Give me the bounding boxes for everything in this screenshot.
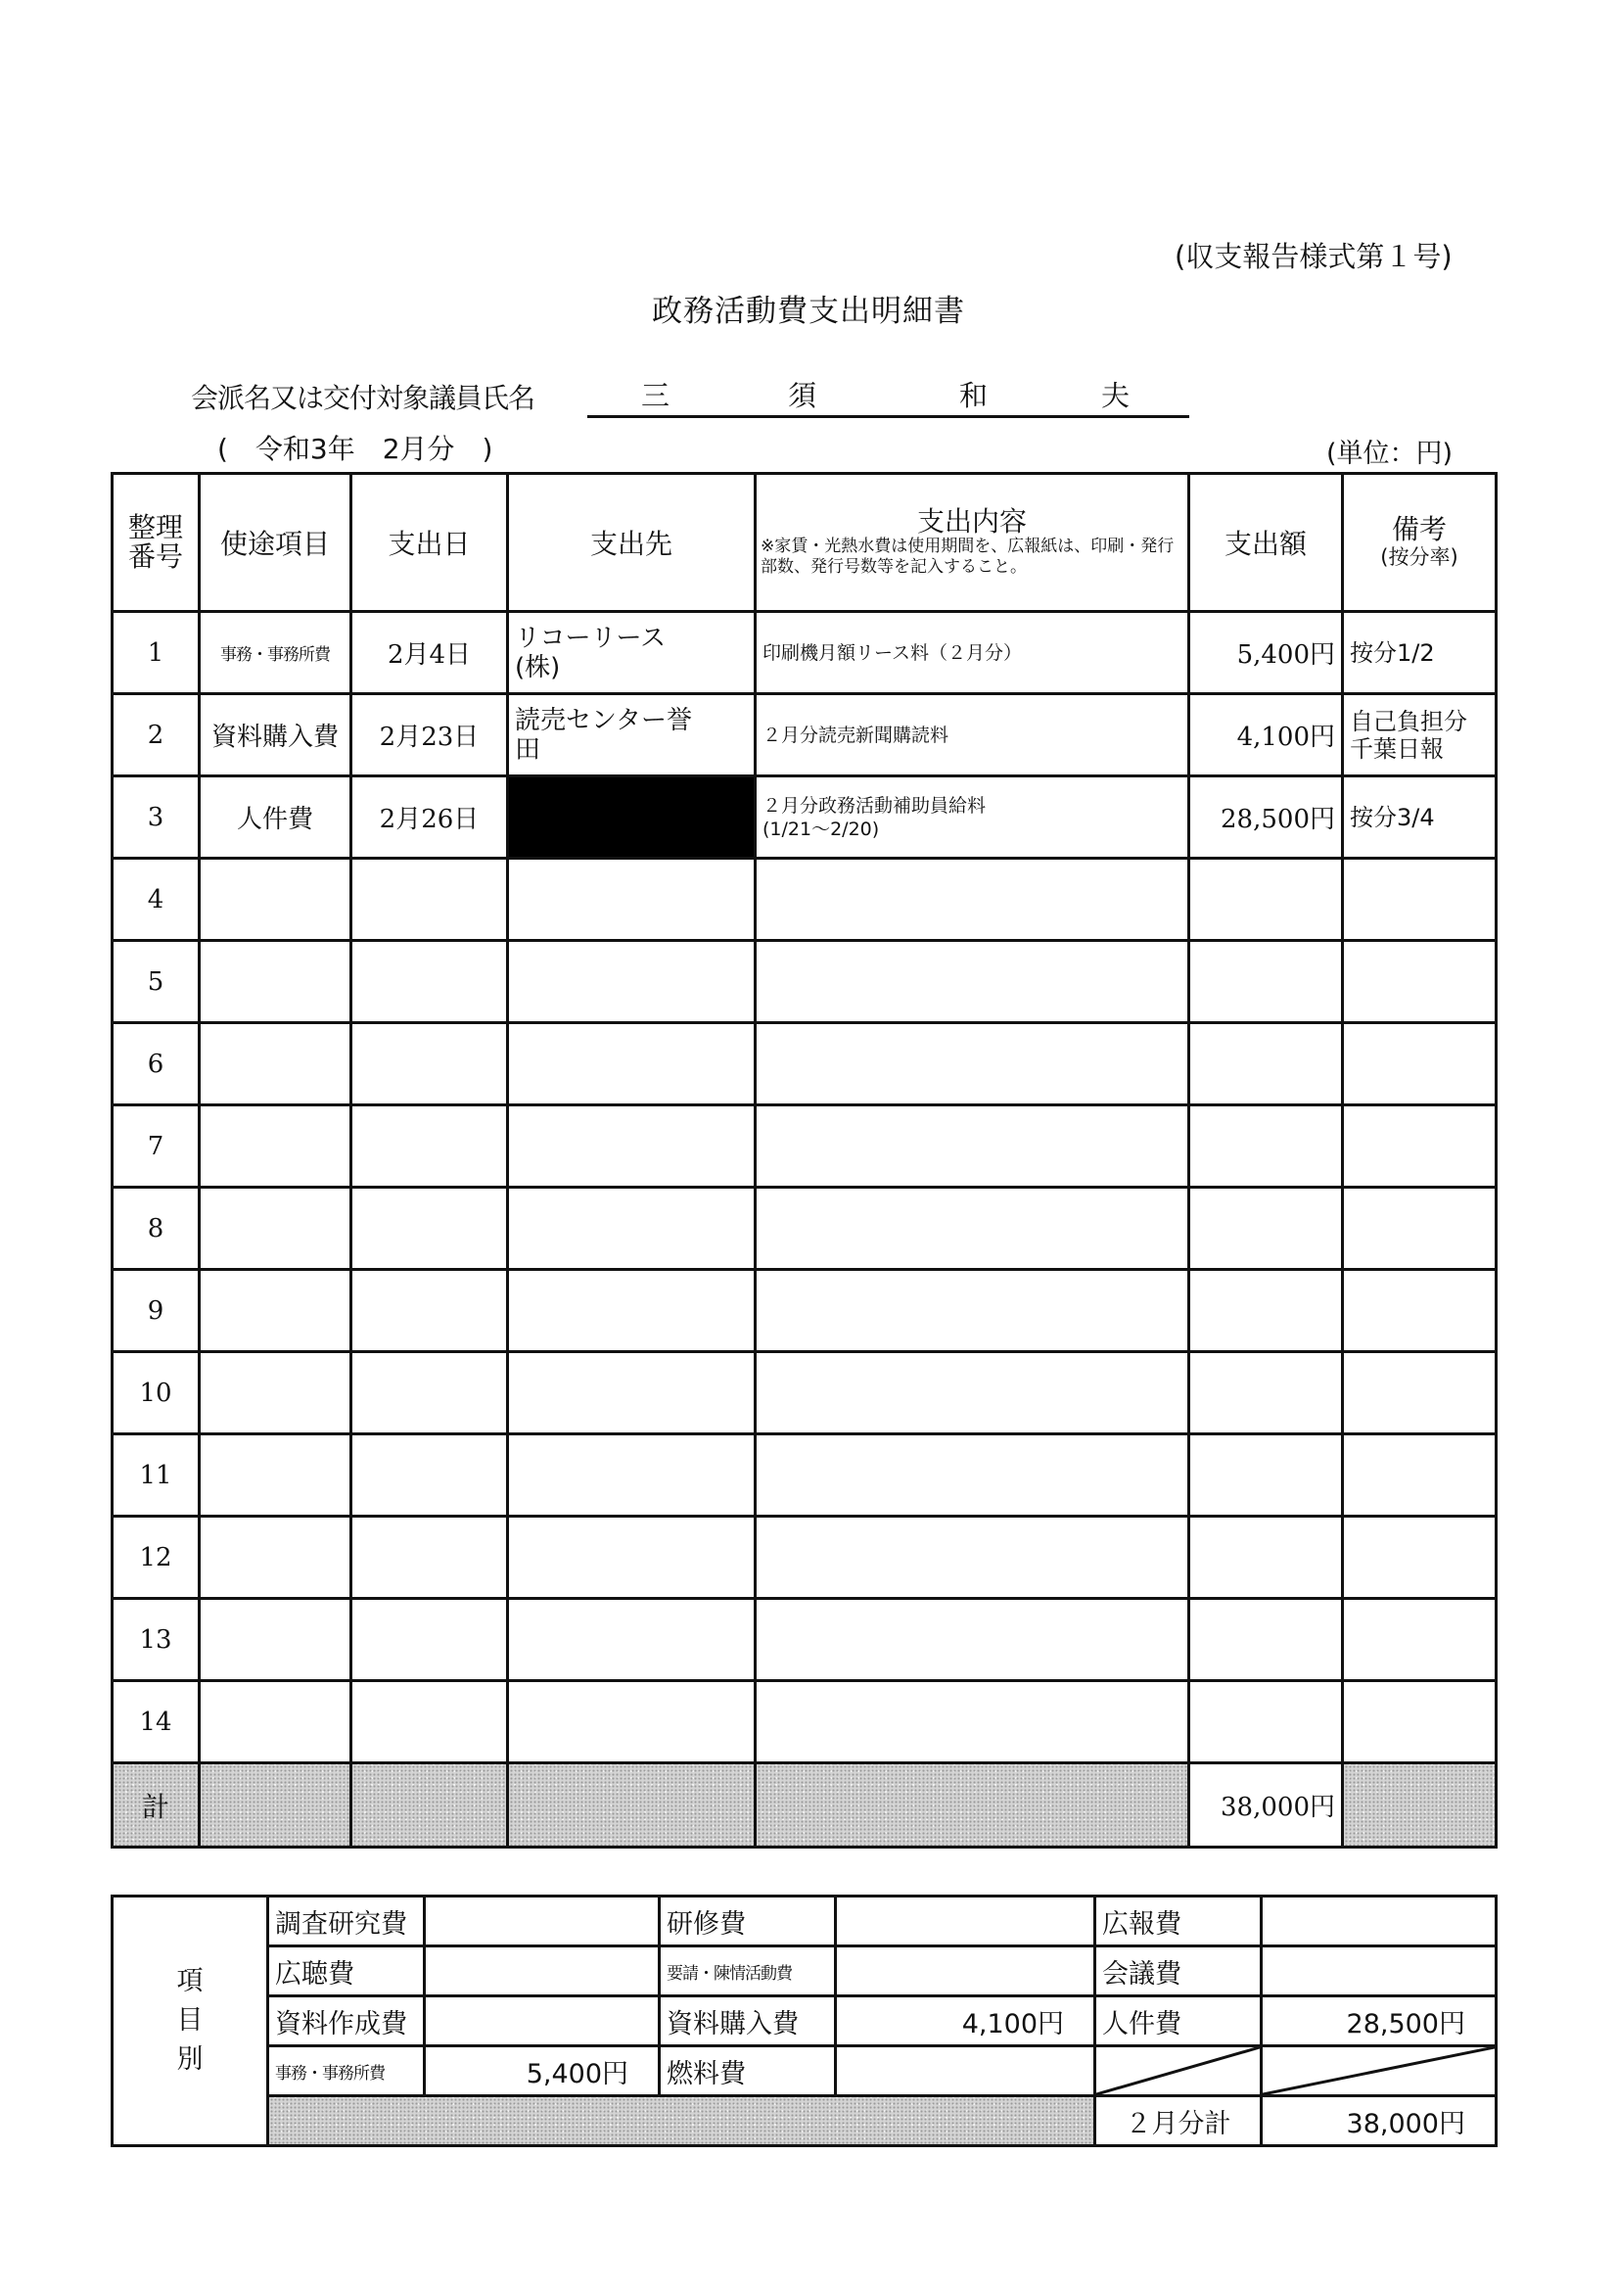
- row-content: [756, 1188, 1189, 1270]
- row-number: 13: [113, 1599, 200, 1681]
- row-date: [351, 941, 508, 1023]
- row-purpose: [200, 1270, 351, 1352]
- total-shaded-cell: [1343, 1763, 1497, 1848]
- month-total-label: ２月分計: [1095, 2096, 1262, 2146]
- row-number: 2: [113, 694, 200, 776]
- summary-row: 項 目 別 調査研究費 研修費 広報費: [113, 1897, 1497, 1946]
- category-label: 広報費: [1095, 1897, 1262, 1946]
- summary-shaded-cell: [268, 2096, 1095, 2146]
- row-purpose: [200, 1023, 351, 1105]
- row-remarks: 自己負担分千葉日報: [1343, 694, 1497, 776]
- row-purpose: [200, 859, 351, 941]
- row-number: 11: [113, 1434, 200, 1517]
- category-value: [1262, 1946, 1497, 1996]
- row-content: [756, 859, 1189, 941]
- row-content: [756, 1599, 1189, 1681]
- row-date: [351, 1681, 508, 1763]
- row-remarks: [1343, 1352, 1497, 1434]
- category-value: [425, 1946, 660, 1996]
- redacted-payee: [508, 776, 756, 859]
- header-payee: 支出先: [508, 474, 756, 612]
- category-label: 広聴費: [268, 1946, 425, 1996]
- row-number: 7: [113, 1105, 200, 1188]
- category-value: [425, 1897, 660, 1946]
- row-number: 14: [113, 1681, 200, 1763]
- row-amount: [1189, 941, 1343, 1023]
- table-row: 4: [113, 859, 1497, 941]
- row-content: [756, 941, 1189, 1023]
- category-label: 会議費: [1095, 1946, 1262, 1996]
- row-purpose: [200, 1681, 351, 1763]
- table-row: 3人件費2月26日２月分政務活動補助員給料(1/21～2/20)28,500円按…: [113, 776, 1497, 859]
- header-content: 支出内容 ※家賃・光熱水費は使用期間を、広報紙は、印刷・発行部数、発行号数等を記…: [756, 474, 1189, 612]
- row-number: 6: [113, 1023, 200, 1105]
- category-label: 要請・陳情活動費: [660, 1946, 836, 1996]
- member-name: 三 須 和 夫: [587, 374, 1189, 413]
- row-payee: [508, 1023, 756, 1105]
- member-name-underline: [587, 415, 1189, 418]
- row-amount: [1189, 1023, 1343, 1105]
- row-date: 2月23日: [351, 694, 508, 776]
- row-number: 8: [113, 1188, 200, 1270]
- row-date: [351, 1188, 508, 1270]
- row-amount: 5,400円: [1189, 612, 1343, 694]
- month-total-value: 38,000円: [1262, 2096, 1497, 2146]
- row-date: [351, 1270, 508, 1352]
- category-value: 5,400円: [425, 2046, 660, 2096]
- header-amount: 支出額: [1189, 474, 1343, 612]
- row-amount: 4,100円: [1189, 694, 1343, 776]
- row-date: [351, 1352, 508, 1434]
- total-shaded-cell: [200, 1763, 351, 1848]
- row-payee: [508, 859, 756, 941]
- row-content: [756, 1105, 1189, 1188]
- table-row: 10: [113, 1352, 1497, 1434]
- member-name-char: 須: [788, 374, 816, 414]
- summary-row: 事務・事務所費 5,400円 燃料費: [113, 2046, 1497, 2096]
- header-date: 支出日: [351, 474, 508, 612]
- row-remarks: [1343, 941, 1497, 1023]
- category-value: 4,100円: [836, 1996, 1095, 2046]
- header-remarks: 備考 (按分率): [1343, 474, 1497, 612]
- table-row: 12: [113, 1517, 1497, 1599]
- row-remarks: [1343, 859, 1497, 941]
- row-remarks: [1343, 1681, 1497, 1763]
- row-amount: [1189, 1270, 1343, 1352]
- row-content: [756, 1023, 1189, 1105]
- row-number: 4: [113, 859, 200, 941]
- row-number: 10: [113, 1352, 200, 1434]
- row-date: 2月4日: [351, 612, 508, 694]
- row-purpose: [200, 1352, 351, 1434]
- row-content: [756, 1517, 1189, 1599]
- row-date: 2月26日: [351, 776, 508, 859]
- row-content: ２月分政務活動補助員給料(1/21～2/20): [756, 776, 1189, 859]
- row-remarks: [1343, 1434, 1497, 1517]
- row-remarks: [1343, 1270, 1497, 1352]
- row-purpose: [200, 1517, 351, 1599]
- header-content-title: 支出内容: [757, 507, 1187, 537]
- header-no: 整理番号: [113, 474, 200, 612]
- row-content: 印刷機月額リース料（２月分）: [756, 612, 1189, 694]
- row-purpose: 事務・事務所費: [200, 612, 351, 694]
- total-row: 計 38,000円: [113, 1763, 1497, 1848]
- category-value: [836, 2046, 1095, 2096]
- table-row: 5: [113, 941, 1497, 1023]
- row-amount: [1189, 1188, 1343, 1270]
- row-purpose: [200, 1434, 351, 1517]
- total-shaded-cell: [756, 1763, 1189, 1848]
- row-purpose: [200, 1105, 351, 1188]
- row-payee: [508, 1681, 756, 1763]
- table-row: 1事務・事務所費2月4日リコーリース(株)印刷機月額リース料（２月分）5,400…: [113, 612, 1497, 694]
- row-content: ２月分読売新聞購読料: [756, 694, 1189, 776]
- category-side-label: 項 目 別: [113, 1897, 268, 2146]
- table-row: 13: [113, 1599, 1497, 1681]
- row-amount: [1189, 859, 1343, 941]
- row-number: 5: [113, 941, 200, 1023]
- row-amount: [1189, 1599, 1343, 1681]
- summary-row: 広聴費 要請・陳情活動費 会議費: [113, 1946, 1497, 1996]
- diagonal-empty-cell: [1095, 2046, 1262, 2096]
- row-purpose: 人件費: [200, 776, 351, 859]
- table-row: 7: [113, 1105, 1497, 1188]
- category-label: 人件費: [1095, 1996, 1262, 2046]
- category-summary-table: 項 目 別 調査研究費 研修費 広報費 広聴費 要請・陳情活動費 会議費 資料作…: [111, 1895, 1498, 2147]
- member-name-char: 和: [959, 374, 988, 414]
- row-amount: [1189, 1434, 1343, 1517]
- category-label: 資料作成費: [268, 1996, 425, 2046]
- category-label: 調査研究費: [268, 1897, 425, 1946]
- category-value: 28,500円: [1262, 1996, 1497, 2046]
- row-payee: [508, 1517, 756, 1599]
- page-title: 政務活動費支出明細書: [0, 286, 1617, 330]
- row-remarks: [1343, 1599, 1497, 1681]
- row-payee: [508, 941, 756, 1023]
- category-value: [425, 1996, 660, 2046]
- row-date: [351, 1023, 508, 1105]
- total-shaded-cell: [508, 1763, 756, 1848]
- row-remarks: [1343, 1517, 1497, 1599]
- table-header-row: 整理番号 使途項目 支出日 支出先 支出内容 ※家賃・光熱水費は使用期間を、広報…: [113, 474, 1497, 612]
- row-purpose: [200, 941, 351, 1023]
- row-date: [351, 859, 508, 941]
- table-row: 2資料購入費2月23日読売センター誉田２月分読売新聞購読料4,100円自己負担分…: [113, 694, 1497, 776]
- row-payee: [508, 1105, 756, 1188]
- row-remarks: [1343, 1105, 1497, 1188]
- member-label: 会派名又は交付対象議員氏名: [191, 377, 534, 416]
- row-date: [351, 1599, 508, 1681]
- row-amount: [1189, 1352, 1343, 1434]
- row-date: [351, 1434, 508, 1517]
- row-purpose: 資料購入費: [200, 694, 351, 776]
- row-payee: リコーリース(株): [508, 612, 756, 694]
- header-content-note: ※家賃・光熱水費は使用期間を、広報紙は、印刷・発行部数、発行号数等を記入すること…: [757, 537, 1187, 578]
- row-date: [351, 1105, 508, 1188]
- row-content: [756, 1270, 1189, 1352]
- total-amount: 38,000円: [1189, 1763, 1343, 1848]
- report-period: ( 令和3年 2月分 ): [217, 428, 492, 467]
- category-label: 資料購入費: [660, 1996, 836, 2046]
- row-payee: 読売センター誉田: [508, 694, 756, 776]
- row-payee: [508, 1270, 756, 1352]
- category-value: [836, 1946, 1095, 1996]
- row-remarks: 按分1/2: [1343, 612, 1497, 694]
- header-purpose: 使途項目: [200, 474, 351, 612]
- table-row: 8: [113, 1188, 1497, 1270]
- expense-table: 整理番号 使途項目 支出日 支出先 支出内容 ※家賃・光熱水費は使用期間を、広報…: [111, 472, 1498, 1849]
- row-number: 1: [113, 612, 200, 694]
- row-remarks: [1343, 1023, 1497, 1105]
- row-amount: 28,500円: [1189, 776, 1343, 859]
- category-label: 研修費: [660, 1897, 836, 1946]
- total-label: 計: [113, 1763, 200, 1848]
- row-payee: [508, 1434, 756, 1517]
- form-number: (収支報告様式第１号): [1175, 235, 1453, 275]
- row-content: [756, 1434, 1189, 1517]
- row-date: [351, 1517, 508, 1599]
- table-row: 11: [113, 1434, 1497, 1517]
- row-number: 3: [113, 776, 200, 859]
- row-purpose: [200, 1188, 351, 1270]
- table-row: 9: [113, 1270, 1497, 1352]
- row-payee: [508, 1188, 756, 1270]
- diagonal-empty-cell: [1262, 2046, 1497, 2096]
- row-payee: [508, 1352, 756, 1434]
- row-purpose: [200, 1599, 351, 1681]
- category-value: [836, 1897, 1095, 1946]
- row-amount: [1189, 1105, 1343, 1188]
- member-name-char: 夫: [1101, 374, 1130, 414]
- row-number: 12: [113, 1517, 200, 1599]
- row-content: [756, 1681, 1189, 1763]
- table-row: 6: [113, 1023, 1497, 1105]
- row-amount: [1189, 1681, 1343, 1763]
- row-payee: [508, 1599, 756, 1681]
- member-name-char: 三: [641, 374, 670, 414]
- row-content: [756, 1352, 1189, 1434]
- row-remarks: 按分3/4: [1343, 776, 1497, 859]
- category-label: 事務・事務所費: [268, 2046, 425, 2096]
- total-shaded-cell: [351, 1763, 508, 1848]
- category-value: [1262, 1897, 1497, 1946]
- table-row: 14: [113, 1681, 1497, 1763]
- row-number: 9: [113, 1270, 200, 1352]
- currency-unit: (単位：円): [1326, 432, 1453, 470]
- row-amount: [1189, 1517, 1343, 1599]
- row-remarks: [1343, 1188, 1497, 1270]
- summary-row: 資料作成費 資料購入費 4,100円 人件費 28,500円: [113, 1996, 1497, 2046]
- summary-total-row: ２月分計 38,000円: [113, 2096, 1497, 2146]
- category-label: 燃料費: [660, 2046, 836, 2096]
